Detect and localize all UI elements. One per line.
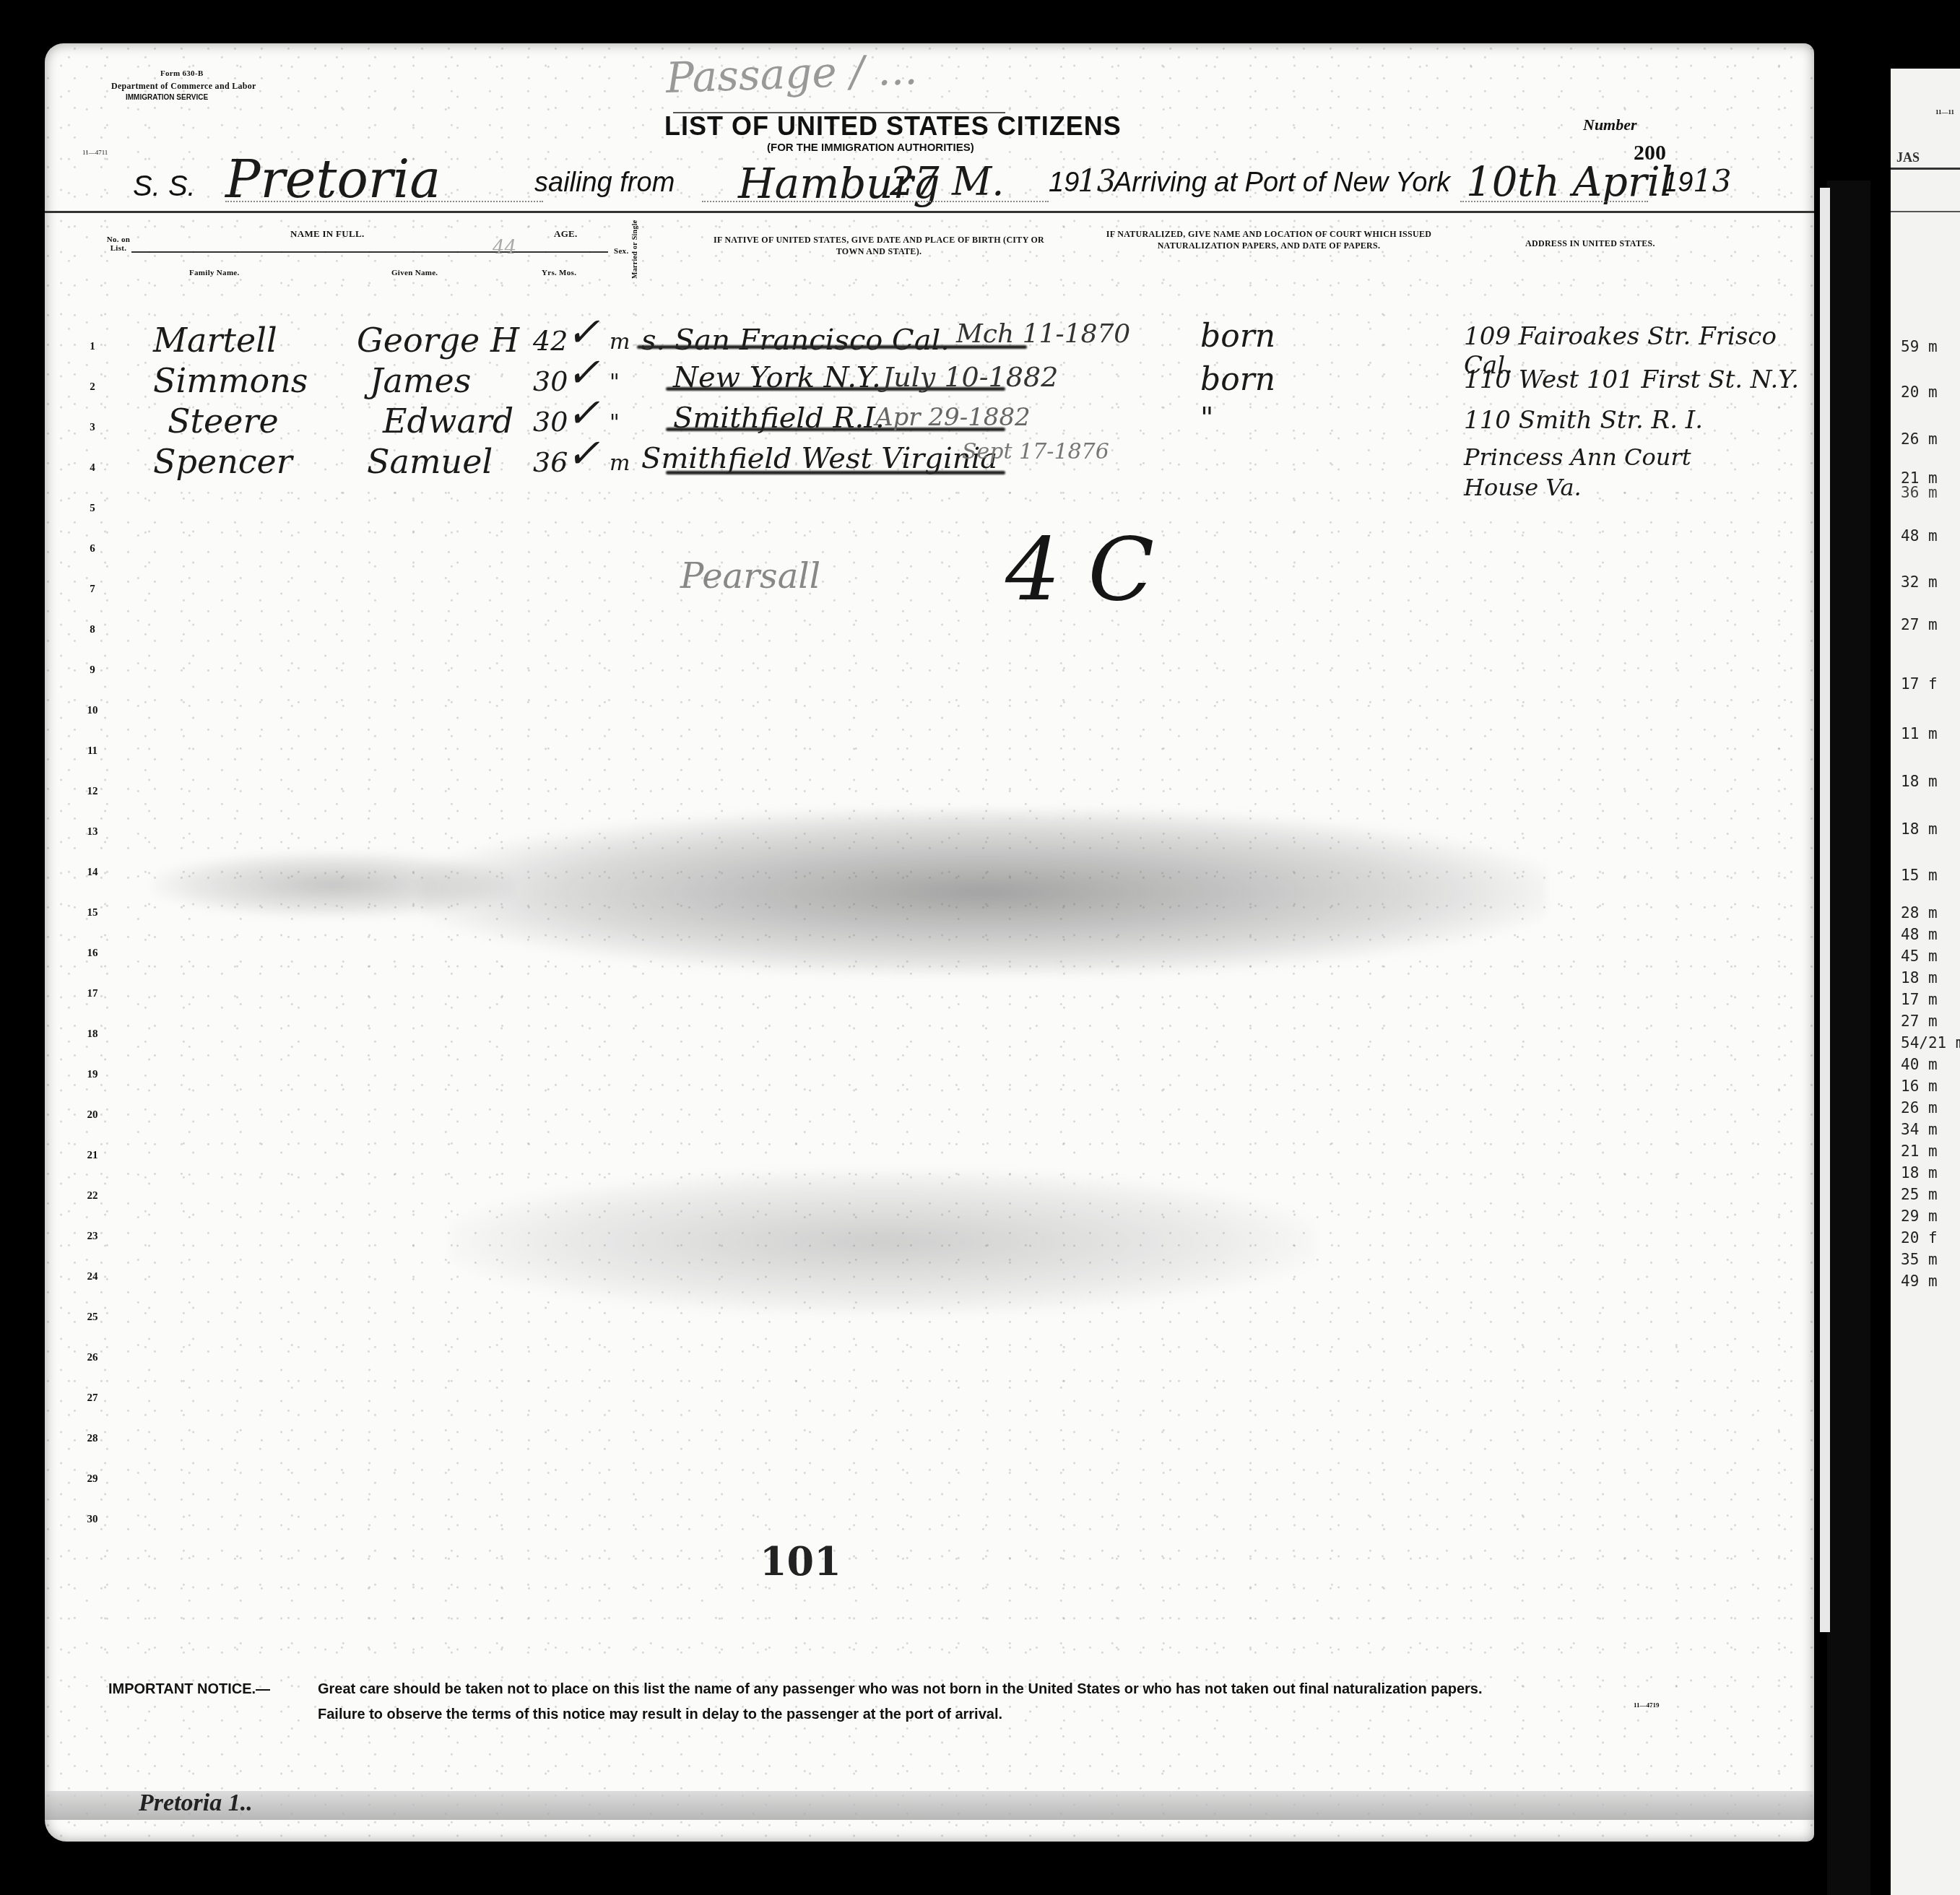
departure-line [702,201,1049,202]
adjacent-form-code: 11—11 [1935,108,1954,116]
row-number: 9 [78,664,107,677]
row-number: 12 [78,786,107,798]
department-name: Department of Commerce and Labor [111,81,256,92]
form-number: Form 630-B [160,69,204,78]
row-number: 28 [78,1433,107,1445]
adjacent-entry: 27 m [1901,1012,1938,1030]
row-number: 17 [78,988,107,1000]
adjacent-entry: 27 m [1901,616,1938,633]
married-status: " [610,410,620,435]
family-name: Martell [153,321,277,360]
given-name: Samuel [367,442,493,481]
adjacent-entry: 20 f [1901,1229,1938,1246]
naturalized: born [1200,361,1275,398]
adjacent-entry: 26 m [1901,1099,1938,1116]
col-sex: Sex. [614,247,628,256]
row-number: 29 [78,1473,107,1486]
family-name: Steere [168,402,279,441]
row-number: 23 [78,1231,107,1243]
naturalized: " [1200,402,1213,435]
sex-check: ✓ [566,430,600,477]
adjacent-entry: 11 m [1901,725,1938,742]
page-edge-strip [1820,188,1830,1632]
arrival-date: 10th April [1466,159,1673,206]
birth-place: s. San Francisco Cal. [641,324,950,357]
ss-label: S. S. [133,170,196,203]
row-number: 25 [78,1311,107,1324]
adjacent-entry: 15 m [1901,867,1938,884]
adjacent-entry: 20 m [1901,383,1938,401]
birth-date: Apr 29-1882 [875,403,1031,432]
header-rule [45,211,1814,213]
arriving-label: Arriving at Port of New York [1114,168,1450,199]
adjacent-entry: 45 m [1901,947,1938,965]
smudge [153,852,514,917]
adjacent-entry: 17 m [1901,991,1938,1008]
page-stamp: 101 [760,1538,841,1584]
adjacent-entry: 28 m [1901,904,1938,922]
married-status: " [610,370,620,395]
married-status: m [610,451,630,476]
family-name: Simmons [153,361,308,400]
notice-label: IMPORTANT NOTICE.— [108,1681,270,1698]
notice-line-2: Failure to observe the terms of this not… [318,1707,1002,1723]
row-number: 5 [78,503,107,515]
adjacent-rule [1891,168,1960,170]
departure-year: 13 [1077,163,1116,199]
given-name: Edward [383,402,513,441]
adjacent-entry: 26 m [1901,430,1938,448]
notice-line-1: Great care should be taken not to place … [318,1681,1798,1698]
adjacent-entry: 36 m [1901,484,1938,501]
row-number: 8 [78,624,107,636]
age: 36 [533,446,568,478]
adjacent-rule [1891,211,1960,212]
adjacent-entry: 49 m [1901,1272,1938,1290]
col-native-birth: IF NATIVE OF UNITED STATES, GIVE DATE AN… [702,234,1056,257]
ship-name-line [225,201,543,202]
row-number: 10 [78,705,107,717]
birth-date: Mch 11-1870 [956,319,1130,349]
adjacent-entry: 25 m [1901,1186,1938,1203]
adjacent-entry: 18 m [1901,773,1938,790]
given-name: James [370,361,471,400]
col-family-name: Family Name. [189,269,240,277]
row-number: 27 [78,1392,107,1405]
page-title: LIST OF UNITED STATES CITIZENS [664,111,1122,142]
col-given-name: Given Name. [391,269,438,277]
col-address: ADDRESS IN UNITED STATES. [1525,238,1655,249]
row-number: 24 [78,1271,107,1283]
adjacent-entry: 18 m [1901,1164,1938,1181]
adjacent-entry: 54/21 m [1901,1034,1960,1051]
number-label: Number [1583,116,1637,134]
row-number: 14 [78,867,107,879]
adjacent-entry: 59 m [1901,338,1938,355]
col-yrs-mos: Yrs. Mos. [542,269,576,277]
adjacent-entry: 35 m [1901,1251,1938,1268]
binding-gutter [1827,181,1870,1895]
col-age: AGE. [554,228,578,240]
adjacent-entry: 34 m [1901,1121,1938,1138]
bottom-edge [45,1791,1814,1820]
row-number: 11 [78,745,107,758]
family-name: Spencer [153,442,292,481]
row-number: 1 [78,341,107,353]
pencil-name-annotation: Pearsall [680,556,820,597]
row-number: 22 [78,1190,107,1202]
age: 30 [533,406,568,438]
smudge [420,809,1547,975]
col-name-in-full: NAME IN FULL. [290,228,365,240]
strike-through [666,471,1005,474]
adjacent-entry: 17 f [1901,675,1938,693]
adjacent-entry: 29 m [1901,1207,1938,1225]
married-status: m [610,329,630,355]
age: 30 [533,365,568,397]
adjacent-entry: 48 m [1901,926,1938,943]
header-pencil-mark: 44 [493,237,516,259]
pencil-annotation: Passage / ... [665,45,918,103]
address: Princess Ann Court House Va. [1464,442,1767,503]
row-number: 6 [78,543,107,555]
adjacent-entry: 21 m [1901,1142,1938,1160]
col-no-on-list: No. on List. [104,235,133,253]
age: 42 [533,325,568,357]
row-number: 18 [78,1028,107,1041]
service-name: IMMIGRATION SERVICE [126,94,208,102]
row-number: 30 [78,1514,107,1526]
adjacent-entry: 16 m [1901,1077,1938,1095]
row-number: 7 [78,584,107,596]
address: 110 West 101 First St. N.Y. [1464,365,1799,394]
row-number: 13 [78,826,107,838]
birth-date: July 10-1882 [883,361,1058,393]
row-number: 4 [78,462,107,474]
col-naturalized: IF NATURALIZED, GIVE NAME AND LOCATION O… [1085,228,1453,251]
col-married-single: Married or Single [631,220,639,279]
row-number: 20 [78,1109,107,1122]
adjacent-ship-fragment: JAS [1896,150,1920,165]
sailing-from-label: sailing from [534,168,675,199]
page-subtitle: (FOR THE IMMIGRATION AUTHORITIES) [767,142,974,154]
form-code-top: 11—4711 [82,149,108,156]
naturalized: born [1200,318,1275,355]
departure-day: 27 M. [890,159,1004,204]
manifest-page: Form 630-B Department of Commerce and La… [45,43,1814,1842]
bottom-edge-text: Pretoria 1.. [139,1790,253,1817]
code-annotation: 4 C [1005,520,1154,620]
arrival-line [1460,201,1648,202]
adjacent-entry: 18 m [1901,820,1938,838]
adjacent-entry: 18 m [1901,969,1938,986]
birth-date: Sept 17-1876 [962,439,1109,464]
row-number: 19 [78,1069,107,1081]
smudge [449,1170,1316,1314]
form-code-bottom: 11—4719 [1634,1701,1660,1709]
adjacent-entry: 32 m [1901,573,1938,591]
arrival-year-prefix: 19 [1662,168,1693,199]
departure-year-prefix: 19 [1049,168,1079,199]
adjacent-entry: 48 m [1901,527,1938,545]
address: 110 Smith Str. R. I. [1464,406,1703,435]
row-number: 15 [78,907,107,919]
row-number: 3 [78,422,107,434]
name-rule [131,251,608,253]
row-number: 21 [78,1150,107,1162]
row-number: 26 [78,1352,107,1364]
row-number: 2 [78,381,107,394]
given-name: George H [357,321,519,360]
adjacent-entry: 40 m [1901,1056,1938,1073]
row-number: 16 [78,947,107,960]
arrival-year: 13 [1693,163,1731,199]
